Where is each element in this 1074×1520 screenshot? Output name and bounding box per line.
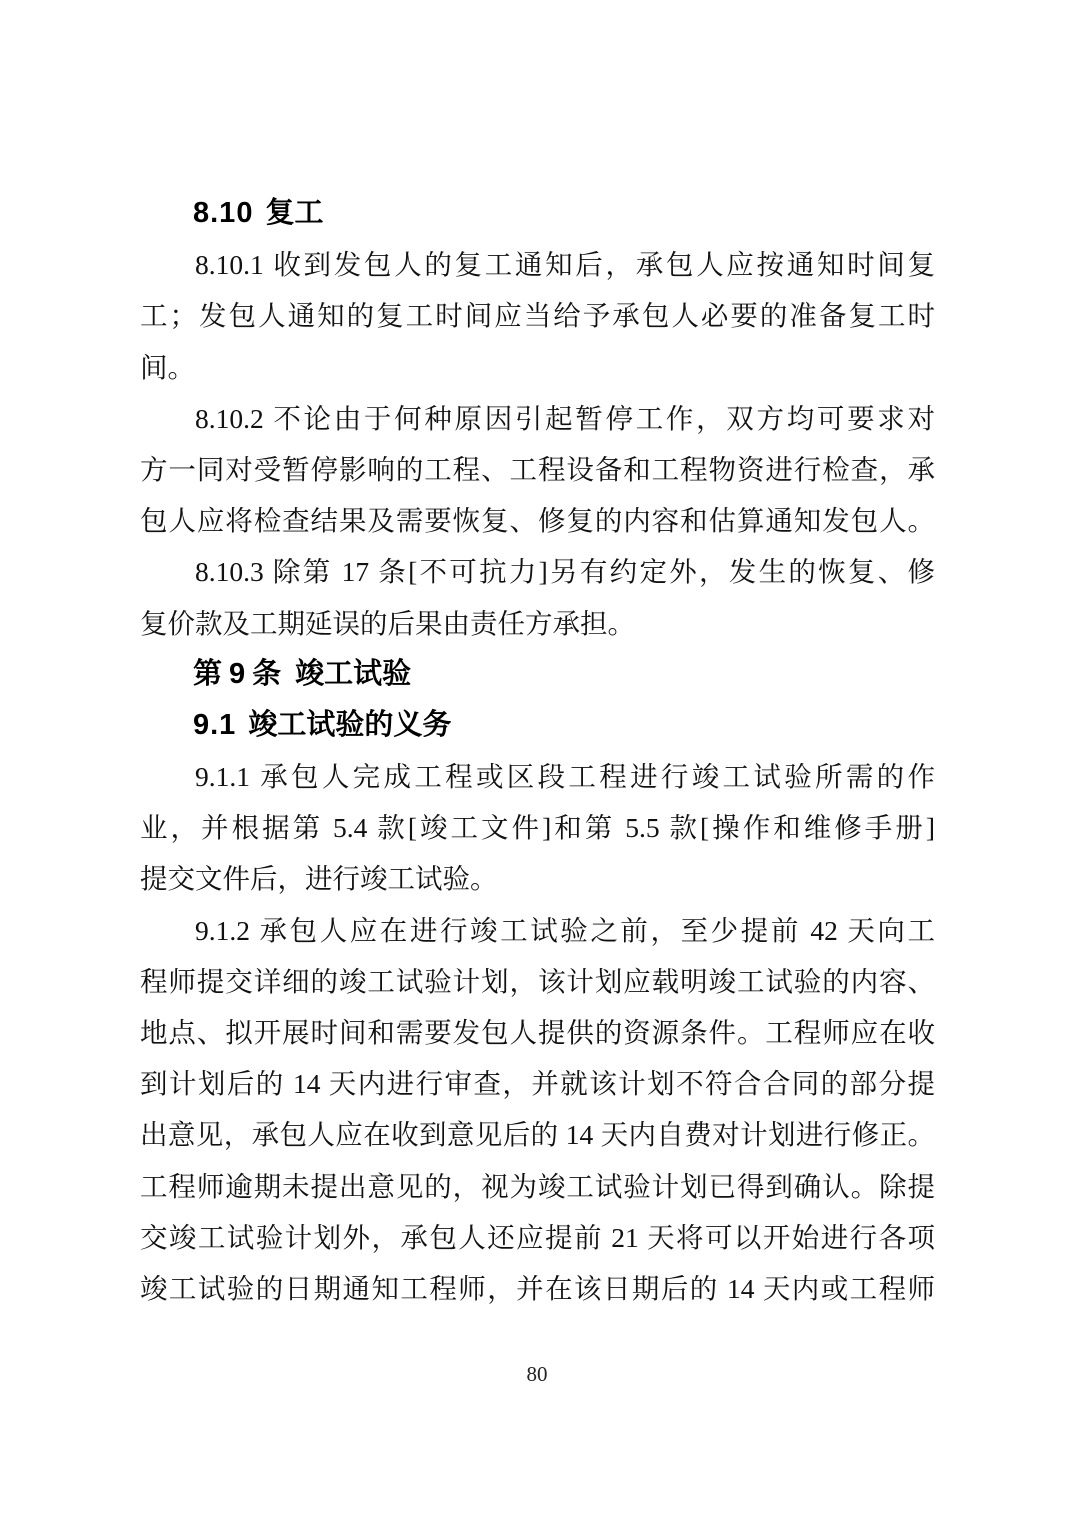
paragraph-line: 业，并根据第 5.4 款[竣工文件]和第 5.5 款[操作和维修手册] bbox=[140, 802, 935, 853]
paragraph-line: 8.10.1 收到发包人的复工通知后，承包人应按通知时间复 bbox=[140, 239, 935, 290]
paragraph-line: 复价款及工期延误的后果由责任方承担。 bbox=[140, 598, 935, 649]
section-heading-9-1: 9.1竣工试验的义务 bbox=[140, 700, 935, 751]
paragraph-line: 9.1.1 承包人完成工程或区段工程进行竣工试验所需的作 bbox=[140, 751, 935, 802]
heading-number: 8.10 bbox=[193, 197, 253, 229]
heading-number: 9 bbox=[229, 658, 245, 690]
paragraph-line: 程师提交详细的竣工试验计划，该计划应载明竣工试验的内容、 bbox=[140, 956, 935, 1007]
heading-prefix: 第 bbox=[193, 658, 222, 690]
paragraph-line: 8.10.3 除第 17 条[不可抗力]另有约定外，发生的恢复、修 bbox=[140, 546, 935, 597]
paragraph-line: 方一同对受暂停影响的工程、工程设备和工程物资进行检查，承 bbox=[140, 444, 935, 495]
paragraph-line: 竣工试验的日期通知工程师，并在该日期后的 14 天内或工程师 bbox=[140, 1263, 935, 1314]
paragraph-line: 8.10.2 不论由于何种原因引起暂停工作，双方均可要求对 bbox=[140, 393, 935, 444]
paragraph-line: 包人应将检查结果及需要恢复、修复的内容和估算通知发包人。 bbox=[140, 495, 935, 546]
paragraph-line: 工；发包人通知的复工时间应当给予承包人必要的准备复工时 bbox=[140, 290, 935, 341]
paragraph-line: 交竣工试验计划外，承包人还应提前 21 天将可以开始进行各项 bbox=[140, 1212, 935, 1263]
paragraph-line: 工程师逾期未提出意见的，视为竣工试验计划已得到确认。除提 bbox=[140, 1161, 935, 1212]
paragraph-line: 到计划后的 14 天内进行审查，并就该计划不符合合同的部分提 bbox=[140, 1058, 935, 1109]
document-page: 8.10复工 8.10.1 收到发包人的复工通知后，承包人应按通知时间复 工；发… bbox=[0, 0, 1074, 1520]
heading-label: 竣工试验 bbox=[295, 658, 411, 690]
paragraph-line: 间。 bbox=[140, 342, 935, 393]
paragraph-line: 9.1.2 承包人应在进行竣工试验之前，至少提前 42 天向工 bbox=[140, 905, 935, 956]
section-heading-8-10: 8.10复工 bbox=[140, 188, 935, 239]
heading-suffix: 条 bbox=[252, 658, 281, 690]
chapter-heading-9: 第9条竣工试验 bbox=[140, 649, 935, 700]
heading-label: 复工 bbox=[265, 197, 323, 229]
paragraph-line: 出意见，承包人应在收到意见后的 14 天内自费对计划进行修正。 bbox=[140, 1109, 935, 1160]
heading-label: 竣工试验的义务 bbox=[248, 709, 451, 741]
page-number: 80 bbox=[0, 1362, 1074, 1387]
document-content: 8.10复工 8.10.1 收到发包人的复工通知后，承包人应按通知时间复 工；发… bbox=[140, 188, 935, 1314]
paragraph-line: 提交文件后，进行竣工试验。 bbox=[140, 853, 935, 904]
heading-number: 9.1 bbox=[193, 709, 236, 741]
paragraph-line: 地点、拟开展时间和需要发包人提供的资源条件。工程师应在收 bbox=[140, 1007, 935, 1058]
